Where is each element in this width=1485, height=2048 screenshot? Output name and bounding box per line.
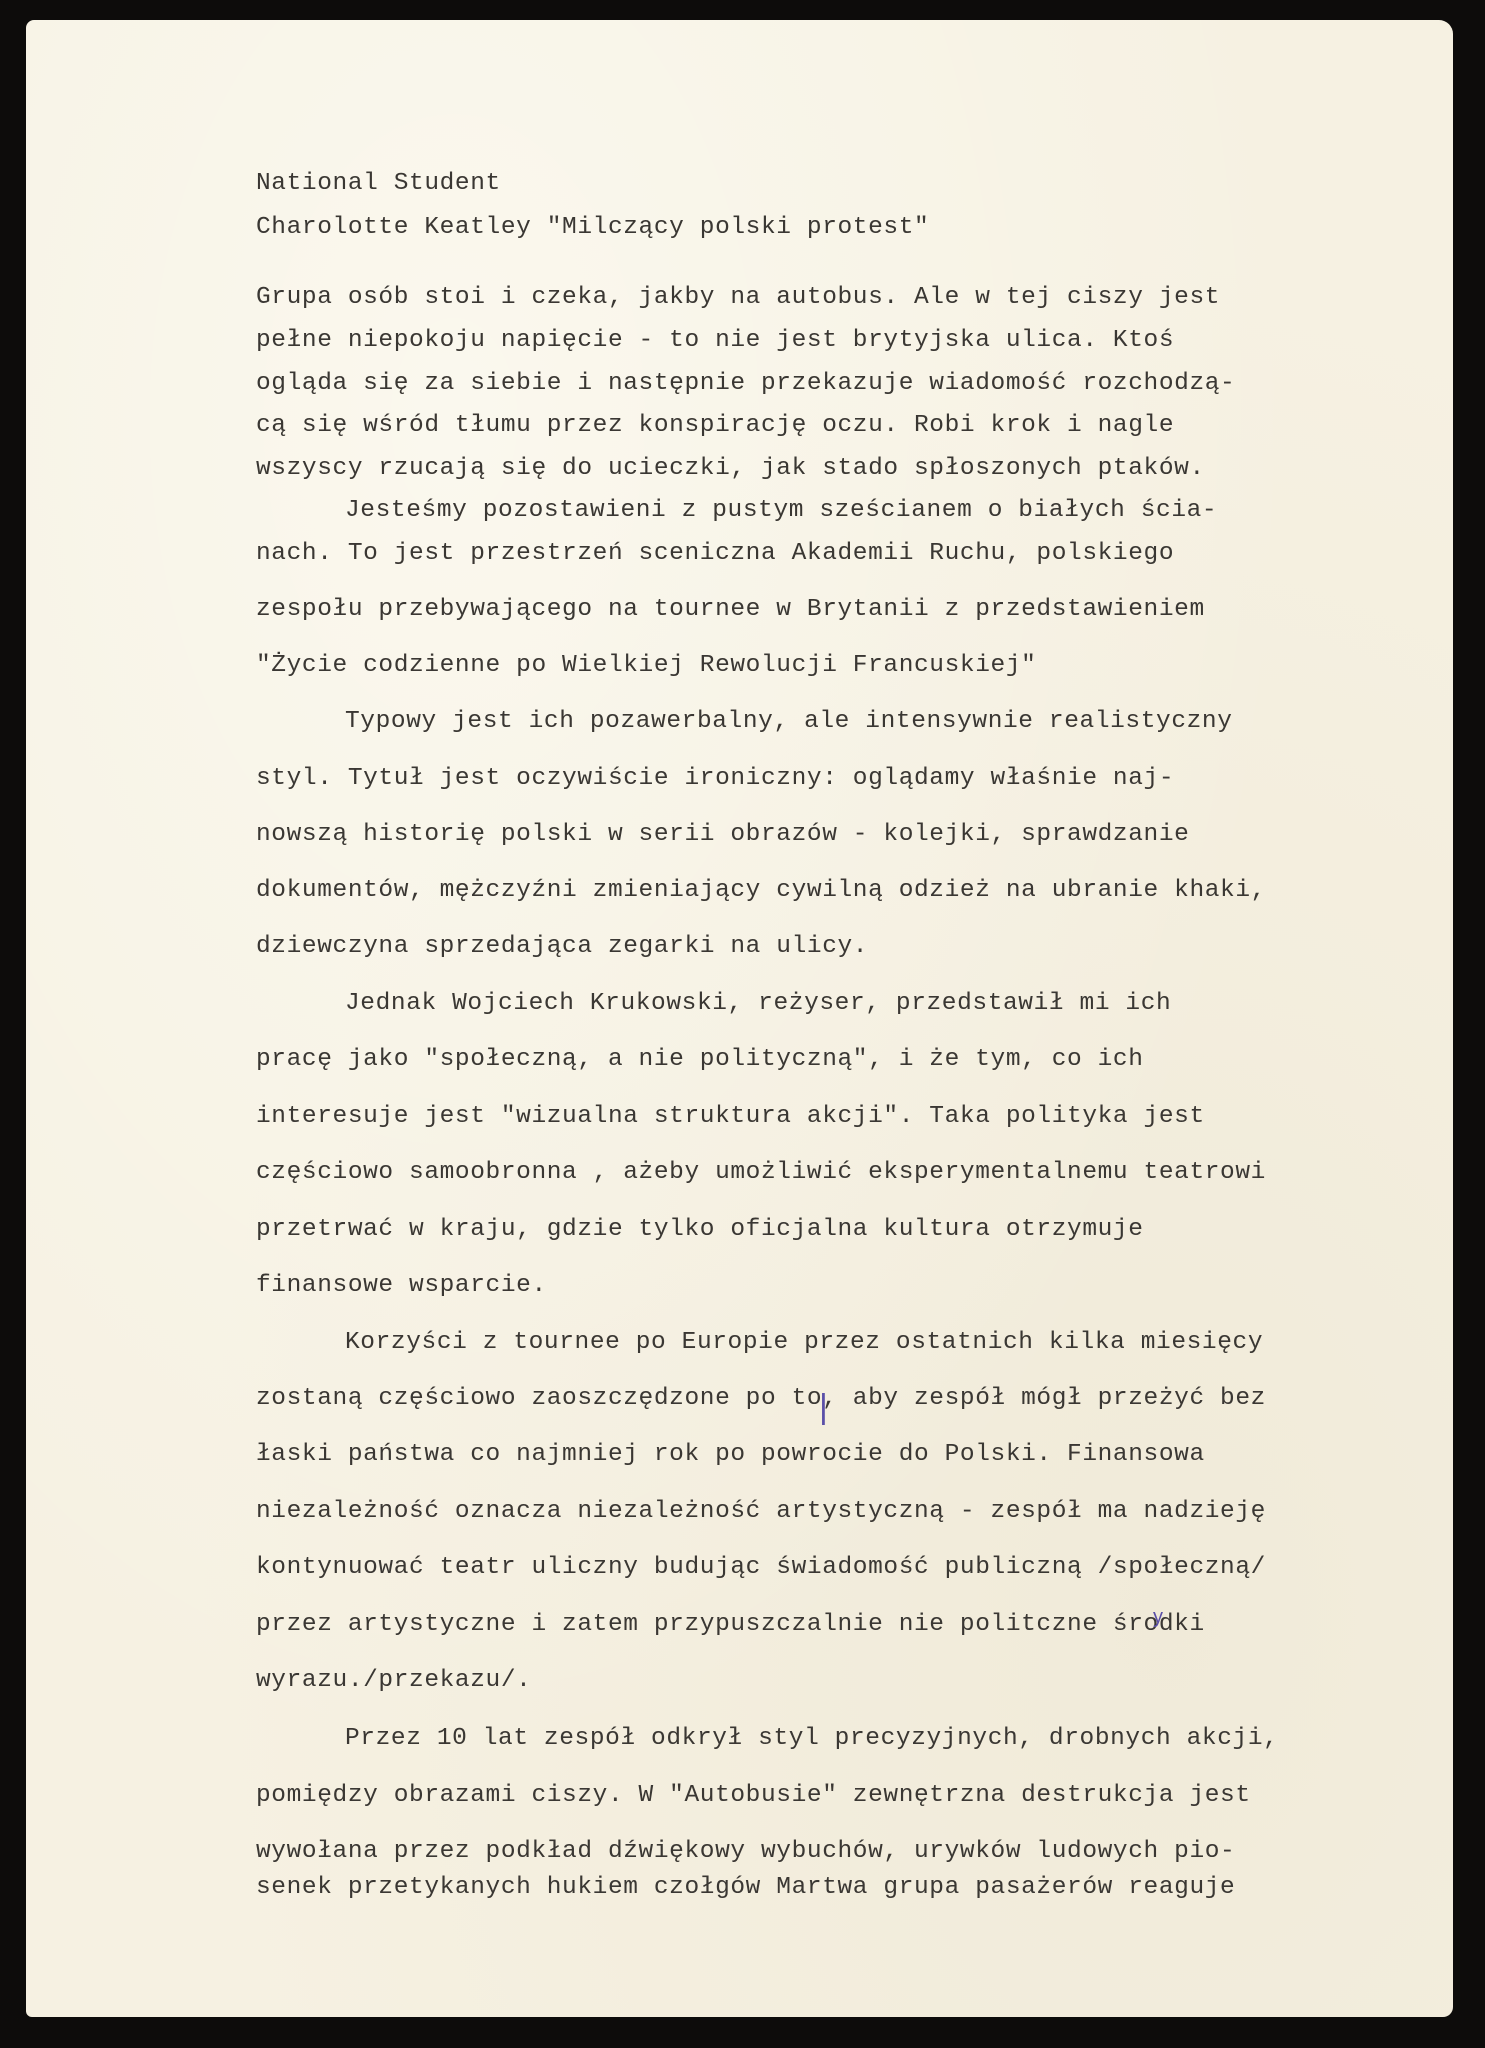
text-line: dziewczyna sprzedająca zegarki na ulicy. [256,932,868,962]
text-line: przez artystyczne i zatem przypuszczalni… [256,1610,1205,1640]
text-line: Grupa osób stoi i czeka, jakby na autobu… [256,283,1220,313]
text-line: wyrazu./przekazu/. [256,1666,531,1696]
text-line: "Życie codzienne po Wielkiej Rewolucji F… [256,651,1036,681]
text-line: Jednak Wojciech Krukowski, reżyser, prze… [345,989,1171,1019]
text-line: senek przetykanych hukiem czołgów Martwa… [256,1873,1235,1903]
text-line: pomiędzy obrazami ciszy. W "Autobusie" z… [256,1781,1251,1811]
insertion-mark: | [819,1388,828,1427]
text-line: wszyscy rzucają się do ucieczki, jak sta… [256,454,1205,484]
text-line: cą się wśród tłumu przez konspirację ocz… [256,411,1174,441]
text-line: nowszą historię polski w serii obrazów -… [256,820,1189,850]
text-line: zostaną częściowo zaoszczędzone po to, a… [256,1384,1266,1414]
text-line: Przez 10 lat zespół odkrył styl precyzyj… [345,1724,1278,1754]
text-line: częściowo samoobronna , ażeby umożliwić … [256,1158,1266,1188]
handwritten-correction-y: y [1153,1606,1163,1629]
text-line: niezależność oznacza niezależność artyst… [256,1497,1266,1527]
text-line: pracę jako "społeczną, a nie polityczną"… [256,1045,1144,1075]
text-line: styl. Tytuł jest oczywiście ironiczny: o… [256,764,1174,794]
text-line: Korzyści z tournee po Europie przez osta… [345,1328,1263,1358]
header-publication: National Student [256,169,501,199]
typewritten-page: National Student Charolotte Keatley "Mil… [26,20,1453,2017]
text-line: wywołana przez podkład dźwiękowy wybuchó… [256,1837,1235,1867]
text-line: przetrwać w kraju, gdzie tylko oficjalna… [256,1215,1144,1245]
text-line: Typowy jest ich pozawerbalny, ale intens… [345,707,1233,737]
header-byline: Charolotte Keatley "Milczący polski prot… [256,213,929,243]
text-line: interesuje jest "wizualna struktura akcj… [256,1102,1205,1132]
text-line: nach. To jest przestrzeń sceniczna Akade… [256,539,1174,569]
text-line: Jesteśmy pozostawieni z pustym sześciane… [345,496,1217,526]
text-line: łaski państwa co najmniej rok po powroci… [256,1440,1205,1470]
text-line: pełne niepokoju napięcie - to nie jest b… [256,326,1174,356]
text-line: finansowe wsparcie. [256,1271,547,1301]
text-line: zespołu przebywającego na tournee w Bryt… [256,595,1205,625]
text-line: dokumentów, mężczyźni zmieniający cywiln… [256,876,1266,906]
text-line: ogląda się za siebie i następnie przekaz… [256,369,1235,399]
text-line: kontynuować teatr uliczny budując świado… [256,1553,1266,1583]
